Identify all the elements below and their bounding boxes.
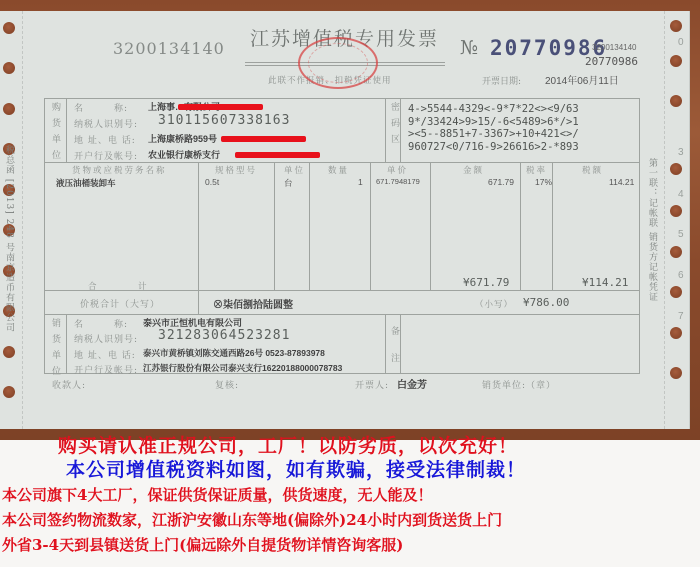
item-tax: 114.21 xyxy=(609,177,634,187)
divider xyxy=(430,162,431,290)
divider xyxy=(66,314,67,374)
ad-line-delivery: 外省3-4天到县镇送货上门(偏远除外自提货物详情咨询客服) xyxy=(2,534,403,555)
buyer-tax-id: 310115607338163 xyxy=(158,113,290,128)
divider xyxy=(198,290,199,314)
divider xyxy=(370,162,371,290)
seller-bank: 江苏银行股份有限公司泰兴支行16220188000078783 xyxy=(143,362,342,374)
grand-total-small-label: （小写） xyxy=(475,298,513,310)
hole xyxy=(670,205,682,217)
cipher-line: 9*/33424>9>15/-6<5489>6*/>1 xyxy=(408,116,579,129)
item-amount: 671.79 xyxy=(488,177,514,187)
seller-section-label: 销货单位 xyxy=(49,318,62,382)
red-seal-inner xyxy=(308,43,368,83)
cipher-line: ><5--8851+7-3367>+10+421<>/ xyxy=(408,128,579,141)
hole xyxy=(670,327,682,339)
payee-label: 收款人: xyxy=(52,378,86,391)
buyer-tax-id-label: 纳税人识别号: xyxy=(74,117,138,130)
hole xyxy=(670,20,682,32)
side-print-info: 税总函 [2013] 248 号南京造币有限公司 xyxy=(3,145,16,333)
redaction-bar xyxy=(235,152,320,158)
hole xyxy=(3,103,15,115)
divider xyxy=(66,98,67,162)
divider xyxy=(385,314,386,374)
perforation-line xyxy=(664,11,665,429)
buyer-address: 上海康桥路959号 xyxy=(148,132,217,145)
margin-number: 6 xyxy=(678,270,684,281)
col-header-spec: 规格型号 xyxy=(215,164,257,176)
col-header-rate: 税率 xyxy=(526,164,547,176)
seller-stamp-label: 销货单位:（章） xyxy=(482,378,556,391)
divider xyxy=(385,98,386,162)
buyer-bank-label: 开户行及帐号: xyxy=(74,149,138,162)
issue-date: 2014年06月11日 xyxy=(545,72,619,87)
buyer-section-label: 购货单位 xyxy=(49,102,62,166)
redaction-bar xyxy=(221,136,306,142)
col-header-tax: 税额 xyxy=(582,164,603,176)
col-header-item: 货物或应税劳务名称 xyxy=(72,164,167,176)
hole xyxy=(670,246,682,258)
ad-headline-red: 购买请认准正规公司，工厂！以防劣质，以次充好！ xyxy=(58,431,518,458)
hole xyxy=(670,55,682,67)
date-label: 开票日期: xyxy=(482,74,521,87)
margin-number: 5 xyxy=(678,229,684,240)
divider xyxy=(520,162,521,290)
item-spec: 0.5t xyxy=(205,177,219,187)
remarks-label: 备注 xyxy=(388,326,401,380)
col-header-qty: 数量 xyxy=(328,164,349,176)
hole xyxy=(670,286,682,298)
grand-total-label: 价税合计（大写） xyxy=(80,297,160,310)
divider xyxy=(274,162,275,290)
item-name: 液压油桶装卸车 xyxy=(56,177,116,189)
hole xyxy=(3,346,15,358)
perforation-line xyxy=(22,11,23,429)
copy-label: 第一联：记帐联 销货方记帐凭证 xyxy=(646,158,659,302)
printed-number: 20770986 xyxy=(585,55,638,68)
ad-headline-blue: 本公司增值税资料如图，如有欺骗，接受法律制裁！ xyxy=(66,455,526,482)
issuer-name: 白金芳 xyxy=(397,376,427,391)
redaction-bar xyxy=(178,104,263,110)
total-amount: ¥671.79 xyxy=(463,276,509,289)
divider xyxy=(44,314,640,315)
hole xyxy=(3,386,15,398)
grand-total-words: ⊗柒佰捌拾陆圆整 xyxy=(213,296,293,311)
grand-total: ¥786.00 xyxy=(523,296,569,309)
seller-tax-id: 321283064523281 xyxy=(158,328,290,343)
buyer-bank: 农业银行康桥支行 xyxy=(148,148,220,161)
cipher-line: 4->5544-4329<-9*7*22<><9/63 xyxy=(408,103,579,116)
total-label: 合 计 xyxy=(88,280,151,292)
hole xyxy=(670,367,682,379)
margin-number: 3 xyxy=(678,147,684,158)
hole xyxy=(3,22,15,34)
margin-number: 4 xyxy=(678,189,684,200)
col-header-price: 单价 xyxy=(387,164,408,176)
cipher-area: 4->5544-4329<-9*7*22<><9/639*/33424>9>15… xyxy=(408,103,579,153)
divider xyxy=(198,162,199,290)
buyer-name-label: 名 称: xyxy=(74,101,128,114)
item-qty: 1 xyxy=(358,177,363,187)
reviewer-label: 复核: xyxy=(215,378,239,391)
seller-address-label: 地 址、电 话: xyxy=(74,348,136,361)
cipher-line: 960727<0/716-9>26616>2-*893 xyxy=(408,141,579,154)
col-header-amount: 金额 xyxy=(463,164,484,176)
buyer-address-label: 地 址、电 话: xyxy=(74,133,136,146)
margin-number: 0 xyxy=(678,37,684,48)
margin-number: 7 xyxy=(678,311,684,322)
ad-line-logistics: 本公司签约物流数家，江浙沪安徽山东等地(偏除外)24小时内到货送货上门 xyxy=(2,509,502,530)
divider xyxy=(309,162,310,290)
seller-tax-id-label: 纳税人识别号: xyxy=(74,332,138,345)
divider xyxy=(44,162,640,163)
cipher-label: 密码区 xyxy=(388,102,401,150)
seller-address: 泰兴市黄桥镇刘陈交通西路26号 0523-87893978 xyxy=(143,347,325,359)
seller-name-label: 名 称: xyxy=(74,317,128,330)
item-rate: 17% xyxy=(535,177,552,187)
divider xyxy=(552,162,553,290)
issuer-label: 开票人: xyxy=(355,378,389,391)
printed-code: 3200134140 xyxy=(592,43,637,52)
item-price: 671.7948179 xyxy=(376,177,420,186)
hole xyxy=(3,62,15,74)
invoice-code: 3200134140 xyxy=(113,39,225,58)
ad-line-factories: 本公司旗下4大工厂，保证供货保证质量，供货速度，无人能及！ xyxy=(2,484,432,505)
hole xyxy=(670,95,682,107)
col-header-unit: 单位 xyxy=(284,164,305,176)
item-unit: 台 xyxy=(284,177,293,189)
seller-bank-label: 开户行及帐号: xyxy=(74,363,138,376)
number-symbol: № xyxy=(460,37,478,59)
hole xyxy=(670,163,682,175)
total-tax: ¥114.21 xyxy=(582,276,628,289)
